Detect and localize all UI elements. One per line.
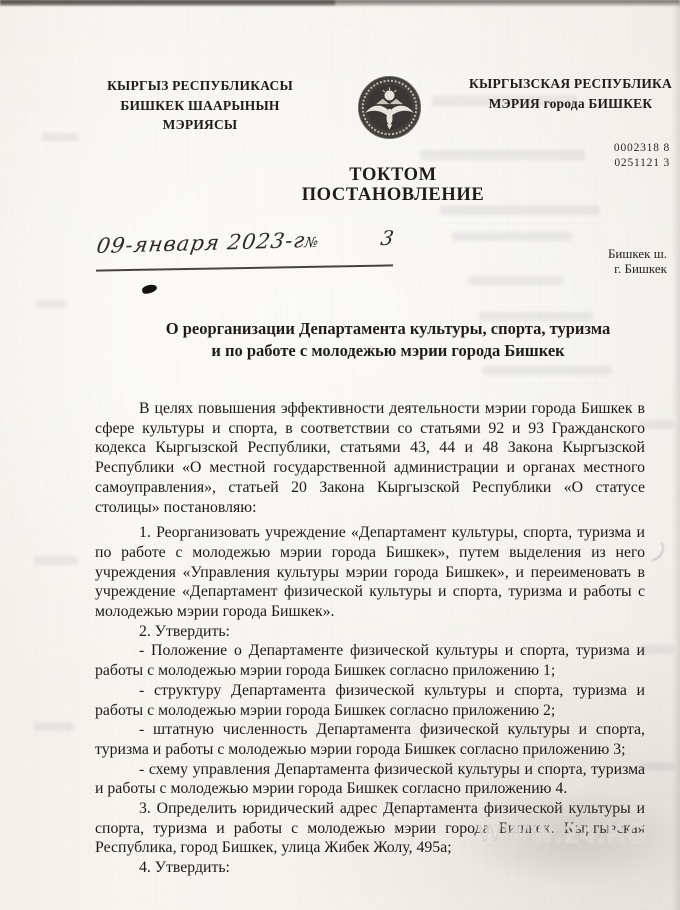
news-site-watermark: WWW.24.KG: [478, 820, 649, 849]
body-paragraph-item-2: 2. Утвердить:: [95, 622, 645, 642]
body-paragraph-preamble: В целях повышения эффективности деятельн…: [95, 399, 645, 517]
bleedthrough-artifact: [34, 556, 78, 565]
title-line: О реорганизации Департамента культуры, с…: [88, 318, 680, 340]
org-line: МЭРИЯ города БИШКЕК: [468, 94, 673, 114]
bleedthrough-artifact: [640, 645, 674, 654]
bleedthrough-artifact: [640, 762, 674, 771]
title-line: и по работе с молодежью мэрии города Биш…: [88, 340, 680, 362]
org-line: МЭРИЯСЫ: [100, 115, 300, 135]
place-line: г. Бишкек: [608, 262, 667, 277]
scan-right-edge-shade: [672, 0, 680, 910]
handwritten-dateline: 09-января 2023-г№3: [95, 225, 420, 258]
body-paragraph-subitem: - Положение о Департаменте физической ку…: [95, 641, 645, 680]
handwritten-date: 09-января 2023-г: [95, 228, 307, 258]
bleedthrough-artifact: [468, 276, 563, 285]
ink-blot-artifact: [141, 283, 157, 294]
org-name-kyrgyz: КЫРГЫЗ РЕСПУБЛИКАСЫ БИШКЕК ШААРЫНЫН МЭРИ…: [100, 76, 300, 135]
document-title: О реорганизации Департамента культуры, с…: [88, 318, 680, 362]
issue-place: Бишкек ш. г. Бишкек: [608, 247, 667, 276]
body-paragraph-item-1: 1. Реорганизовать учреждение «Департамен…: [95, 523, 645, 622]
serial-number: 0002318 8: [614, 141, 670, 156]
bleedthrough-artifact: [440, 205, 600, 215]
bleedthrough-artifact: [640, 420, 674, 429]
serial-number: 0251121 3: [614, 156, 670, 171]
scanned-decree-document: КЫРГЫЗ РЕСПУБЛИКАСЫ БИШКЕК ШААРЫНЫН МЭРИ…: [0, 0, 680, 910]
org-line: КЫРГЫЗСКАЯ РЕСПУБЛИКА: [468, 74, 673, 94]
number-sign: №: [304, 235, 320, 251]
bleedthrough-artifact: [420, 150, 585, 160]
bleedthrough-artifact: [34, 722, 74, 731]
body-paragraph-subitem: - штатную численность Департамента физич…: [95, 720, 645, 759]
doc-type-line: ПОСТАНОВЛЕНИЕ: [248, 185, 538, 205]
handwritten-number: 3: [379, 226, 396, 250]
org-line: БИШКЕК ШААРЫНЫН: [100, 96, 300, 116]
bleedthrough-artifact: [452, 232, 572, 241]
bleedthrough-artifact: [42, 133, 78, 141]
place-line: Бишкек ш.: [608, 247, 667, 262]
org-name-russian: КЫРГЫЗСКАЯ РЕСПУБЛИКА МЭРИЯ города БИШКЕ…: [468, 74, 673, 113]
date-underline-rule: [96, 264, 393, 271]
document-type-heading: ТОКТОМ ПОСТАНОВЛЕНИЕ: [248, 165, 538, 205]
scan-top-edge-shadow: [0, 0, 335, 5]
form-serial-numbers: 0002318 8 0251121 3: [614, 141, 670, 170]
doc-type-line: ТОКТОМ: [248, 165, 538, 185]
body-paragraph-subitem: - структуру Департамента физической куль…: [95, 681, 645, 720]
bleedthrough-artifact: [36, 300, 66, 308]
pen-stroke-artifact: [646, 542, 668, 562]
org-line: КЫРГЫЗ РЕСПУБЛИКАСЫ: [100, 76, 300, 96]
kyrgyz-state-emblem-icon: [356, 74, 423, 141]
bleedthrough-artifact: [482, 366, 612, 375]
